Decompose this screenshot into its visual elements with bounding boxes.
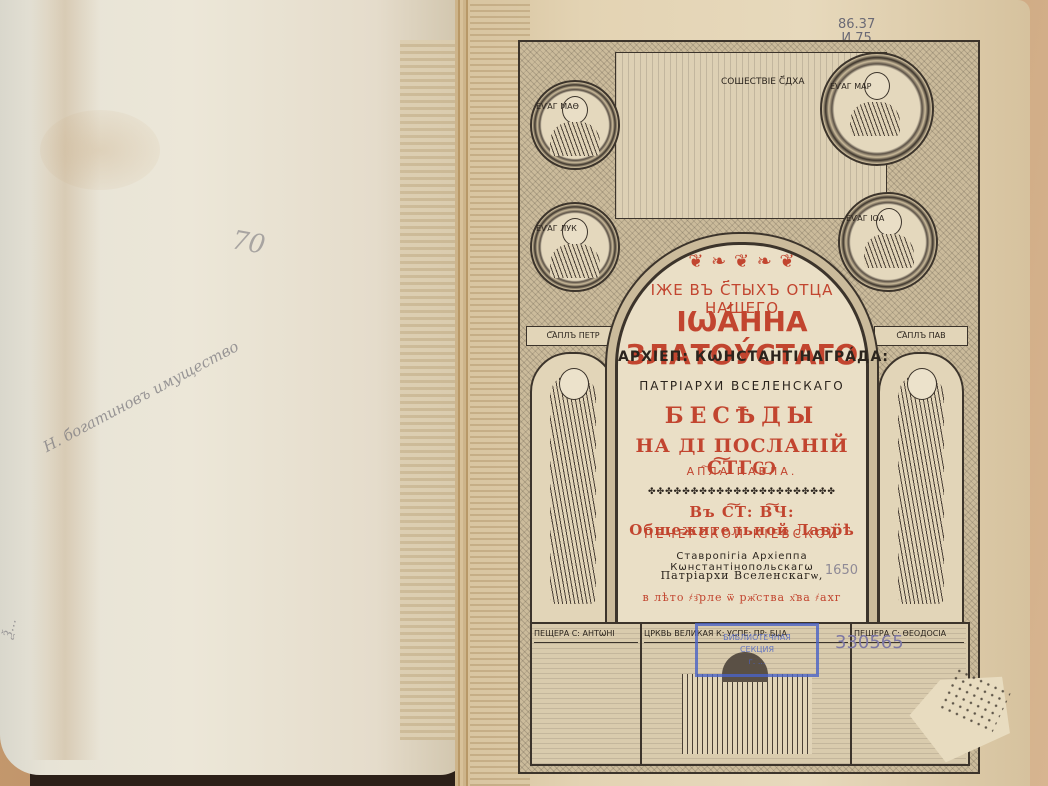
stamp-line: БИБЛИОТЕЧНАЯ xyxy=(698,632,816,644)
evangelist-medallion-luke: ЕѴАГ ЛУК xyxy=(530,202,620,292)
title-line-4: ПАТРІАРХИ ВСЕЛЕНСКАГО xyxy=(618,379,866,393)
church-icon xyxy=(682,674,812,754)
saint-body-icon xyxy=(850,102,900,136)
medallion-label: ЕѴАГ ЛУК xyxy=(536,224,577,233)
evangelist-medallion-john: ЕѴАГ ІОА xyxy=(838,192,938,292)
saint-head-icon xyxy=(559,368,589,400)
title-line-7: АП͠ЛА ПАВЛА. xyxy=(618,465,866,478)
evangelist-medallion-mark: ЕѴАГ МАР xyxy=(820,52,934,166)
medallion-label: ЕѴАГ МАѲ xyxy=(536,102,579,111)
saint-figure-icon xyxy=(898,374,944,604)
evangelist-medallion-matthew: ЕѴАГ МАѲ xyxy=(530,80,620,170)
title-line-3: АРХІЕП: КѠНСТАНТІНАГРА́ДА: xyxy=(618,349,866,365)
saint-label: С͠АПЛЪ ПАВ xyxy=(874,326,968,346)
shelfmark-line-1: 86.37 xyxy=(838,18,875,32)
cave-antony-panel: ПЕЩЕРА С: АНТѠНІ xyxy=(532,624,642,764)
title-main: БЕСѢДЫ xyxy=(618,403,866,429)
stamp-line: СЕКЦИЯ xyxy=(698,644,816,656)
saint-peter-panel: С͠АПЛЪ ПЕТР xyxy=(530,352,616,626)
pencil-year: 1650 xyxy=(825,563,858,578)
saint-label: С͠АПЛЪ ПЕТР xyxy=(526,326,620,346)
title-cartouche: ❦ ❧ ❦ ❧ ❦ ІЖЕ ВЪ С҃ТЫХЪ ОТЦА НАШЕГО ІѠА́… xyxy=(615,242,869,628)
saint-head-icon xyxy=(907,368,937,400)
left-flyleaf: 70 Н. богатиновъ имущество Ѯ… xyxy=(0,0,470,775)
imprint-date: в лѣто ҂з҃рле ѿ рж҃ства х҃ва ҂ахг xyxy=(618,591,866,604)
saint-paul-panel: С͠АПЛЪ ПАВ xyxy=(878,352,964,626)
foxing-stain xyxy=(40,110,160,190)
stamp-line: г. ... xyxy=(698,656,816,668)
saint-body-icon xyxy=(550,122,600,156)
saint-figure-icon xyxy=(550,374,596,604)
scene-label: СОШЕСТВІЕ С҃ДХА xyxy=(721,77,804,87)
saint-body-icon xyxy=(550,244,600,278)
panel-caption: ПЕЩЕРА С: АНТѠНІ xyxy=(534,626,638,643)
ornamental-divider: ✤✤✤✤✤✤✤✤✤✤✤✤✤✤✤✤✤✤✤✤✤✤ xyxy=(618,487,866,497)
pencil-page-number: 70 xyxy=(230,225,268,260)
medallion-label: ЕѴАГ ІОА xyxy=(846,214,884,223)
imprint-line-2: ПЕЧЕРСКОЙ КІЕВСКОЙ xyxy=(618,527,866,541)
inventory-number: 330565 xyxy=(835,632,904,653)
floral-ornament: ❦ ❧ ❦ ❧ ❦ xyxy=(618,251,866,272)
margin-note: Ѯ… xyxy=(0,617,20,640)
library-stamp: БИБЛИОТЕЧНАЯ СЕКЦИЯ г. ... xyxy=(695,623,819,677)
medallion-label: ЕѴАГ МАР xyxy=(830,82,871,91)
saint-body-icon xyxy=(864,234,914,268)
